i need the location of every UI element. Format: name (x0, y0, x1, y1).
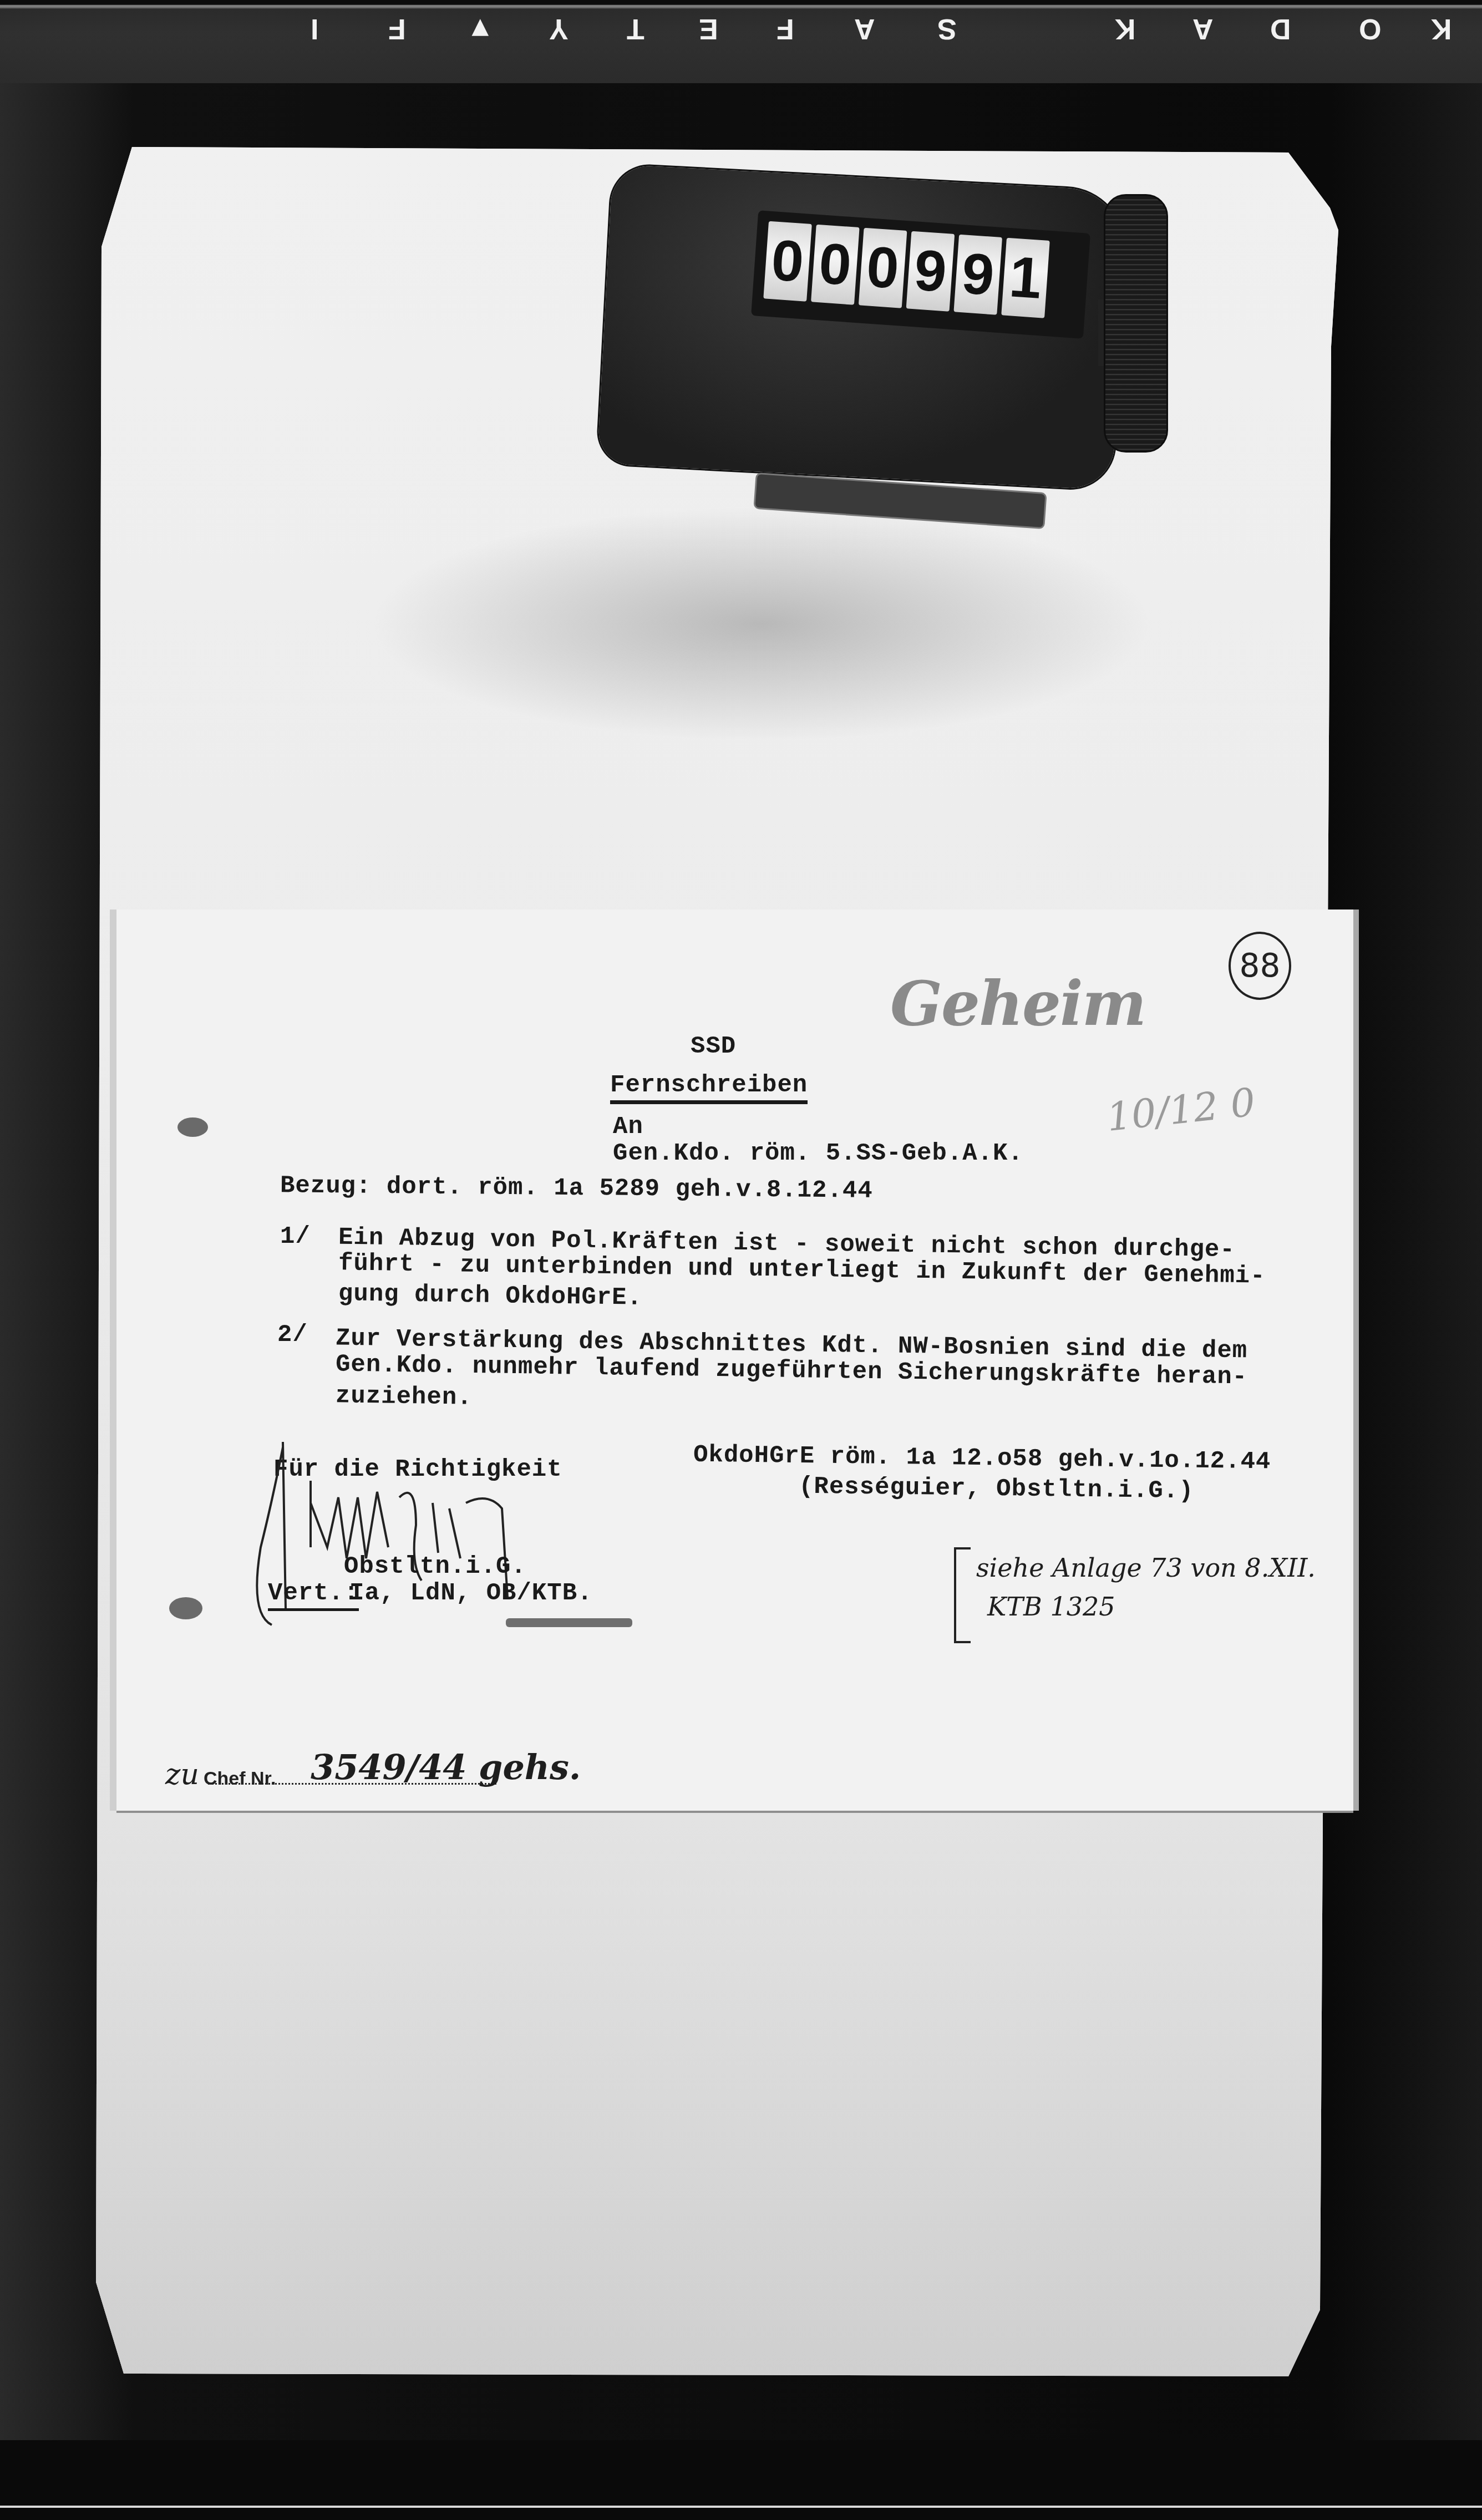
sender-signature-block: (Rességuier, Obstltn.i.G.) (799, 1473, 1194, 1506)
punch-hole (169, 1597, 202, 1619)
message-type-header: Fernschreiben (610, 1071, 808, 1104)
film-edge-letter: F (776, 12, 794, 45)
handwritten-bracket (954, 1547, 971, 1643)
punch-hole (177, 1117, 208, 1137)
signer-rank: Obstltn.i.G. (344, 1553, 526, 1581)
film-edge-letter: D (1270, 12, 1291, 45)
film-edge-letter: K (1115, 12, 1136, 45)
marker-underline (506, 1618, 632, 1627)
film-edge-letter: A (854, 12, 875, 45)
film-edge-letter: E (699, 12, 718, 45)
counter-digit: 0 (763, 221, 812, 302)
reference-line: Bezug: dort. röm. 1a 5289 geh.v.8.12.44 (280, 1172, 873, 1205)
chef-number-label: Chef Nr. (204, 1768, 276, 1790)
counter-digit: 0 (859, 228, 907, 308)
film-edge-letter: K (1431, 12, 1452, 45)
film-edge-letter: A (1192, 12, 1214, 45)
film-edge-letter: S (937, 12, 957, 45)
addressee-label: An (613, 1113, 643, 1141)
film-edge-letter: I (311, 12, 318, 45)
film-edge-letter: O (1359, 12, 1381, 45)
handwritten-prefix: zu (165, 1758, 199, 1791)
film-edge-letter: T (627, 12, 644, 45)
page-number-stamp: 88 (1229, 932, 1291, 1000)
chef-number-handwritten: 3549/44 gehs. (311, 1747, 581, 1787)
handwritten-note: KTB 1325 (987, 1592, 1115, 1622)
counter-digit: 9 (953, 235, 1002, 315)
paragraph-line: zuziehen. (336, 1382, 473, 1411)
film-edge-triangle-icon: ▼ (466, 12, 494, 45)
counter-digit: 0 (811, 225, 860, 305)
addressee: Gen.Kdo. röm. 5.SS-Geb.A.K. (613, 1140, 1023, 1167)
priority-header: SSD (691, 1033, 736, 1060)
counter-digit: 1 (1001, 238, 1050, 318)
film-edge-letter: Y (549, 12, 569, 45)
film-edge-line (0, 2506, 1482, 2508)
paragraph-number: 2/ (277, 1321, 308, 1349)
film-edge-marking: K O D A K S A F E T Y ▼ F I (0, 12, 1482, 45)
distribution-list: Ia, LdN, OB/KTB. (349, 1579, 592, 1607)
frame-counter: 0 0 0 9 9 1 (588, 139, 1148, 482)
handwritten-note: siehe Anlage 73 von 8.XII. (976, 1553, 1316, 1583)
paragraph-line: gung durch OkdoHGrE. (338, 1280, 643, 1312)
classification-stamp: Geheim (890, 968, 1145, 1039)
film-edge-letter: F (388, 12, 406, 45)
paragraph-number: 1/ (280, 1223, 311, 1251)
counter-knob-icon (1104, 194, 1168, 453)
counter-digit: 9 (906, 231, 955, 312)
distribution-label: Vert.: (268, 1579, 359, 1611)
